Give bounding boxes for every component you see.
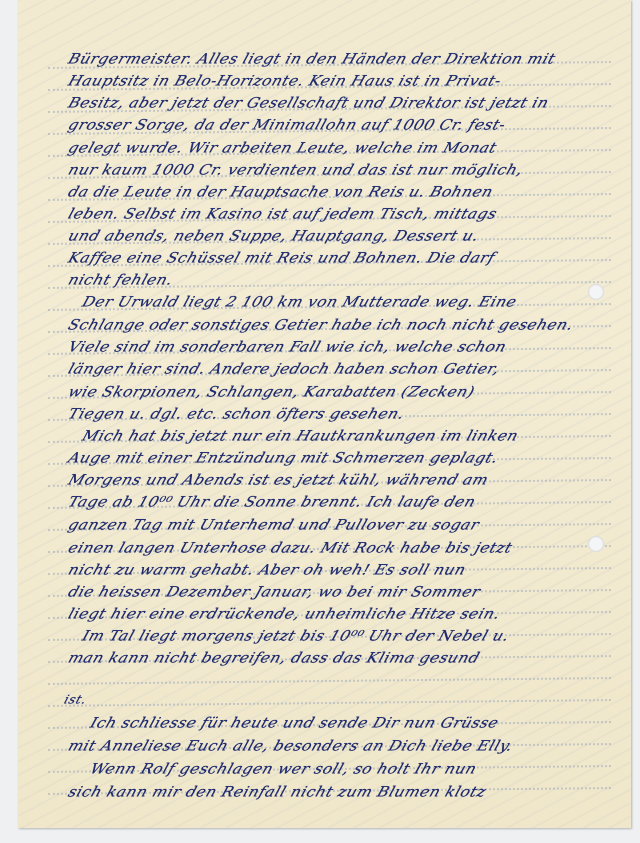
letter-line: nicht zu warm gehabt. Aber oh weh! Es so…	[66, 561, 468, 578]
letter-line: Kaffee eine Schüssel mit Reis und Bohnen…	[66, 249, 497, 266]
letter-line: man kann nicht begreifen, dass das Klima…	[66, 649, 482, 666]
letter-page: Bürgermeister. Alles liegt in den Händen…	[18, 0, 631, 828]
letter-line: ist.	[62, 693, 88, 707]
letter-line: Bürgermeister. Alles liegt in den Händen…	[66, 50, 558, 67]
letter-line: Ich schliesse für heute und sende Dir nu…	[88, 714, 501, 731]
letter-line: da die Leute in der Hauptsache von Reis …	[66, 183, 495, 200]
letter-line: die heissen Dezember Januar, wo bei mir …	[66, 583, 483, 600]
letter-line: sich kann mir den Reinfall nicht zum Blu…	[66, 783, 488, 800]
letter-line: gelegt wurde. Wir arbeiten Leute, welche…	[66, 139, 499, 156]
letter-line: liegt hier eine erdrückende, unheimliche…	[66, 605, 503, 622]
letter-line: nur kaum 1000 Cr. verdienten und das ist…	[66, 161, 525, 178]
letter-line: wie Skorpionen, Schlangen, Karabatten (Z…	[66, 383, 477, 400]
letter-line: mit Anneliese Euch alle, besonders an Di…	[66, 737, 515, 754]
letter-line: Hauptsitz in Belo-Horizonte. Kein Haus i…	[66, 72, 504, 89]
letter-line: leben. Selbst im Kasino ist auf jedem Ti…	[66, 205, 499, 222]
letter-line: Viele sind im sonderbaren Fall wie ich, …	[66, 338, 509, 355]
letter-line: Schlange oder sonstiges Getier habe ich …	[66, 316, 576, 333]
letter-line: Im Tal liegt morgens jetzt bis 10⁰⁰ Uhr …	[80, 627, 512, 644]
letter-line: Besitz, aber jetzt der Gesellschaft und …	[66, 94, 551, 111]
letter-line: ganzen Tag mit Unterhemd und Pullover zu…	[66, 516, 481, 533]
letter-line: Tage ab 10⁰⁰ Uhr die Sonne brennt. Ich l…	[66, 493, 478, 510]
letter-line: grosser Sorge, da der Minimallohn auf 10…	[66, 116, 508, 133]
letter-line: länger hier sind. Andere jedoch haben sc…	[66, 360, 502, 377]
letter-line: nicht fehlen.	[66, 271, 175, 288]
letter-line: Tiegen u. dgl. etc. schon öfters gesehen…	[66, 405, 407, 422]
letter-line: Auge mit einer Entzündung mit Schmerzen …	[66, 449, 501, 466]
letter-line: Wenn Rolf geschlagen wer soll, so holt I…	[88, 760, 479, 777]
letter-line: Mich hat bis jetzt nur ein Hautkrankunge…	[80, 427, 521, 444]
letter-line: einen langen Unterhose dazu. Mit Rock ha…	[66, 539, 515, 556]
letter-body: Bürgermeister. Alles liegt in den Händen…	[66, 0, 621, 828]
letter-line: Der Urwald liegt 2 100 km von Mutterade …	[80, 293, 519, 310]
letter-line: und abends, neben Suppe, Hauptgang, Dess…	[66, 227, 481, 244]
letter-line: Morgens und Abends ist es jetzt kühl, wä…	[66, 471, 491, 488]
